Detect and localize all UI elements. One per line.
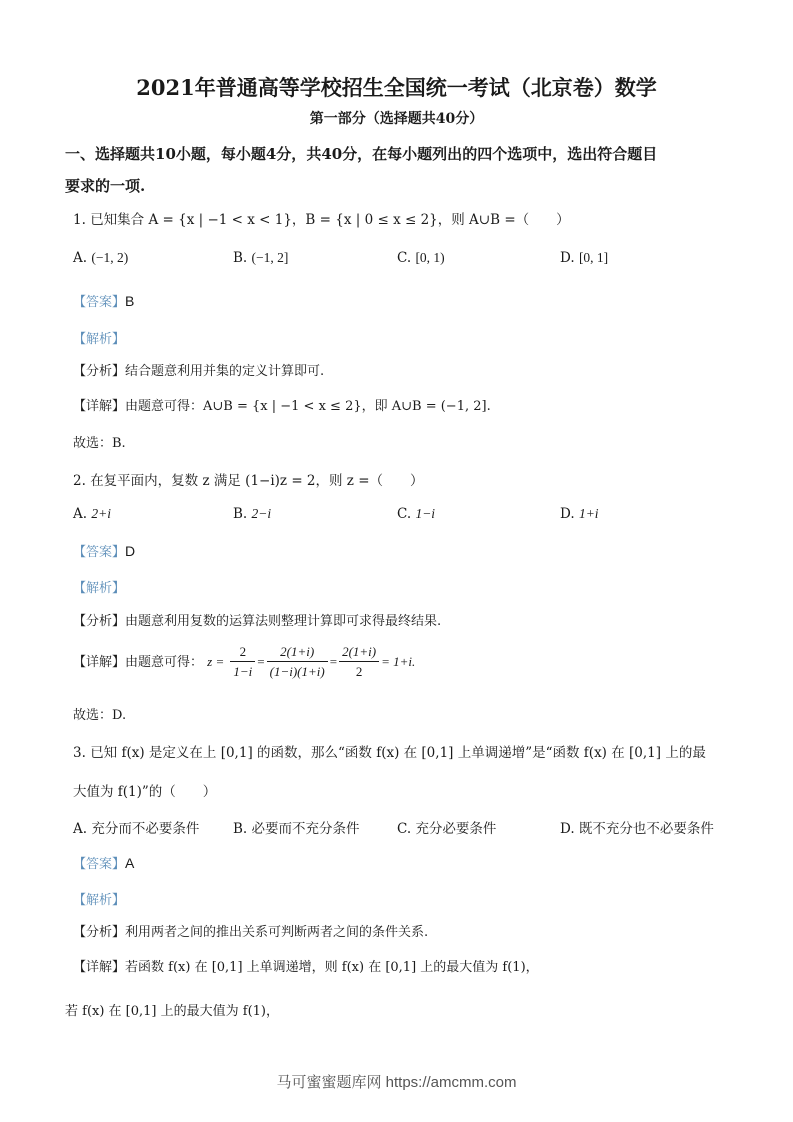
option-c: C. [0, 1) (397, 250, 445, 266)
option-a: A. 充分而不必要条件 (73, 817, 199, 837)
xiangjie-line: 【详解】由题意可得：A∪B = {x | −1 < x ≤ 2}，即 A∪B =… (73, 395, 491, 414)
analysis-tag: 【解析】 (73, 328, 125, 347)
answer-value: D (125, 543, 135, 559)
question-text: 在复平面内，复数 z 满足 (1−i)z = 2，则 z =（ ） (90, 473, 423, 489)
question-text: 已知 f(x) 是定义在上 [0,1] 的函数，那么“函数 f(x) 在 [0,… (90, 745, 706, 761)
continuation-line: 若 f(x) 在 [0,1] 上的最大值为 f(1)， (65, 1000, 279, 1019)
footer-watermark: 马可蜜蜜题库网 https://amcmm.com (0, 1071, 793, 1092)
option-b: B. (−1, 2] (233, 250, 288, 266)
answer-value: B (125, 293, 134, 309)
question-2-stem: 2. 在复平面内，复数 z 满足 (1−i)z = 2，则 z =（ ） (73, 469, 424, 489)
answer-tag: 【答案】 (73, 857, 125, 872)
option-c: C. 充分必要条件 (397, 817, 496, 837)
question-number: 2. (73, 473, 86, 489)
fenxi-line: 【分析】利用两者之间的推出关系可判断两者之间的条件关系. (73, 921, 428, 940)
answer-line: 【答案】B (73, 291, 134, 310)
fraction: 2(1+i)2 (339, 643, 379, 682)
option-d: D. [0, 1] (560, 250, 608, 266)
question-text: 已知集合 A = {x | −1 < x < 1}，B = {x | 0 ≤ x… (90, 212, 569, 228)
fenxi-line: 【分析】由题意利用复数的运算法则整理计算即可求得最终结果. (73, 610, 441, 629)
section-instruction-line2: 要求的一项. (65, 175, 145, 196)
option-d: D. 1+i (560, 506, 599, 522)
page-title: 2021年普通高等学校招生全国统一考试（北京卷）数学 (0, 72, 793, 102)
fraction: 21−i (230, 643, 255, 682)
answer-line: 【答案】D (73, 541, 135, 560)
question-3-stem-line2: 大值为 f(1)”的（ ） (73, 780, 216, 800)
answer-tag: 【答案】 (73, 295, 125, 310)
question-number: 3. (73, 745, 86, 761)
xiangjie-line: 【详解】由题意可得： z = 21−i=2(1+i)(1−i)(1+i)=2(1… (73, 643, 415, 682)
fenxi-line: 【分析】结合题意利用并集的定义计算即可. (73, 360, 324, 379)
fraction: 2(1+i)(1−i)(1+i) (267, 643, 328, 682)
page-subtitle: 第一部分（选择题共40分） (0, 108, 793, 128)
option-a: A. 2+i (73, 506, 111, 522)
answer-line: 【答案】A (73, 853, 134, 872)
conclusion-line: 故选：D. (73, 704, 126, 723)
analysis-tag: 【解析】 (73, 577, 125, 596)
conclusion-line: 故选：B. (73, 432, 126, 451)
section-instruction-line1: 一、选择题共10小题，每小题4分，共40分，在每小题列出的四个选项中，选出符合题… (65, 143, 657, 164)
option-c: C. 1−i (397, 506, 435, 522)
option-a: A. (−1, 2) (73, 250, 128, 266)
answer-value: A (125, 855, 134, 871)
xiangjie-line: 【详解】若函数 f(x) 在 [0,1] 上单调递增，则 f(x) 在 [0,1… (73, 956, 539, 975)
answer-tag: 【答案】 (73, 545, 125, 560)
option-b: B. 2−i (233, 506, 271, 522)
option-b: B. 必要而不充分条件 (233, 817, 360, 837)
exam-page: 2021年普通高等学校招生全国统一考试（北京卷）数学 第一部分（选择题共40分）… (0, 0, 793, 1122)
analysis-tag: 【解析】 (73, 889, 125, 908)
option-d: D. 既不充分也不必要条件 (560, 817, 714, 837)
question-3-stem-line1: 3. 已知 f(x) 是定义在上 [0,1] 的函数，那么“函数 f(x) 在 … (73, 741, 706, 761)
question-number: 1. (73, 212, 86, 228)
question-1-stem: 1. 已知集合 A = {x | −1 < x < 1}，B = {x | 0 … (73, 208, 570, 228)
